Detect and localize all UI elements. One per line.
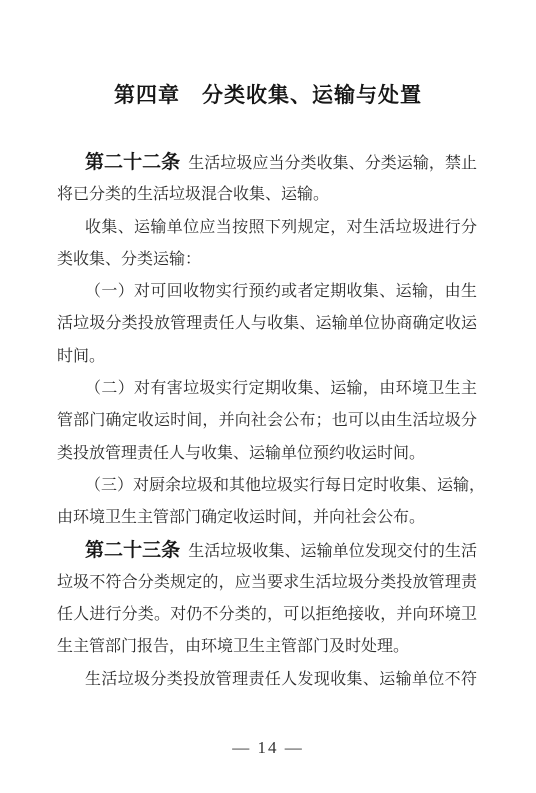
text-line: 由环境卫生主管部门确定收运时间，并向社会公布。 [57,502,477,534]
article-23-paragraph: 第二十三条生活垃圾收集、运输单位发现交付的生活 垃圾不符合分类规定的，应当要求生… [57,535,477,664]
article-22-paragraph: 第二十二条生活垃圾应当分类收集、分类运输，禁止 将已分类的生活垃圾混合收集、运输… [57,147,477,212]
text-line: 活垃圾分类投放管理责任人与收集、运输单位协商确定收运 [57,308,477,340]
text-line: 收集、运输单位应当按照下列规定，对生活垃圾进行分 [57,212,477,244]
text-line: 任人进行分类。对仍不分类的，可以拒绝接收，并向环境卫 [57,599,477,631]
item-1-paragraph: （一）对可回收物实行预约或者定期收集、运输，由生 活垃圾分类投放管理责任人与收集… [57,276,477,373]
text-line: 垃圾不符合分类规定的，应当要求生活垃圾分类投放管理责 [57,567,477,599]
text-line: 生活垃圾分类投放管理责任人发现收集、运输单位不符 [57,664,477,696]
line-text: 生活垃圾收集、运输单位发现交付的生活 [188,543,477,560]
text-line: 时间。 [57,341,477,373]
text-line: 类投放管理责任人与收集、运输单位预约收运时间。 [57,438,477,470]
article-number: 第二十二条 [85,152,180,173]
text-line: （二）对有害垃圾实行定期收集、运输，由环境卫生主 [57,373,477,405]
text-line: 管部门确定收运时间，并向社会公布；也可以由生活垃圾分 [57,405,477,437]
text-line: 将已分类的生活垃圾混合收集、运输。 [57,179,477,211]
item-3-paragraph: （三）对厨余垃圾和其他垃圾实行每日定时收集、运输， 由环境卫生主管部门确定收运时… [57,470,477,535]
text-line: 第二十三条生活垃圾收集、运输单位发现交付的生活 [57,535,477,567]
item-2-paragraph: （二）对有害垃圾实行定期收集、运输，由环境卫生主 管部门确定收运时间，并向社会公… [57,373,477,470]
article-number: 第二十三条 [85,540,180,561]
document-body: 第二十二条生活垃圾应当分类收集、分类运输，禁止 将已分类的生活垃圾混合收集、运输… [57,147,477,696]
text-line: 生主管部门报告，由环境卫生主管部门及时处理。 [57,631,477,663]
text-line: （三）对厨余垃圾和其他垃圾实行每日定时收集、运输， [57,470,477,502]
document-page: 第四章 分类收集、运输与处置 第二十二条生活垃圾应当分类收集、分类运输，禁止 将… [0,0,536,793]
text-line: （一）对可回收物实行预约或者定期收集、运输，由生 [57,276,477,308]
chapter-heading: 第四章 分类收集、运输与处置 [0,84,536,108]
collection-rules-intro-paragraph: 收集、运输单位应当按照下列规定，对生活垃圾进行分 类收集、分类运输： [57,212,477,277]
text-line: 第二十二条生活垃圾应当分类收集、分类运输，禁止 [57,147,477,179]
text-line: 类收集、分类运输： [57,244,477,276]
line-text: 生活垃圾应当分类收集、分类运输，禁止 [188,155,477,172]
page-number: — 14 — [0,738,536,758]
responsible-person-paragraph: 生活垃圾分类投放管理责任人发现收集、运输单位不符 [57,664,477,696]
